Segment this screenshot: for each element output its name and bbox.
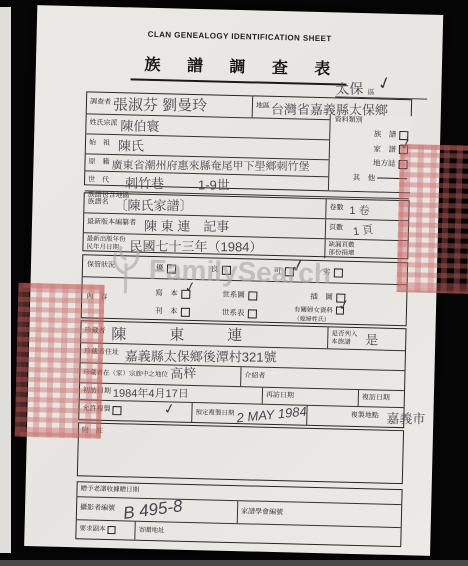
option-label: 良 xyxy=(211,264,219,273)
category-option-other: 其 他 xyxy=(333,171,407,184)
condition-option-excellent: 優 xyxy=(156,262,176,273)
condition-label: 保管狀況 xyxy=(83,262,115,271)
scan-bottom-edge xyxy=(0,560,468,566)
checkmark: ✓ xyxy=(162,400,177,419)
compiler-label: 最新版本編纂者 xyxy=(84,219,136,228)
first-visit-value: 1984年4月17日 xyxy=(113,385,189,402)
checkbox xyxy=(112,406,121,415)
clan-value: 陳伯寰 xyxy=(120,116,159,135)
damage-label-line1: 缺漏頁數 xyxy=(325,241,354,250)
adjacent-page-edge xyxy=(0,7,11,553)
receipt-date-label: 贈予老譜收據贈日期 xyxy=(77,485,139,494)
book-name-value: 〔陳氏家譜〕 xyxy=(114,195,192,215)
option-label: 刊 本 xyxy=(155,306,178,316)
section-owner-info: 珍藏者 陳 東 連 是否列入 本族譜 是 珍藏者住址 嘉義縣太保鄉後潭村321號 xyxy=(78,320,406,428)
option-label: 插 圖 xyxy=(310,292,333,302)
photographer-label: 攝影者編號 xyxy=(77,504,115,513)
option-label: 劣 xyxy=(323,267,331,276)
section-book-info: 族譜名 〔陳氏家譜〕 卷數 1 卷 最新版本編纂者 陳 東 連 記事 頁數 1 … xyxy=(82,192,409,259)
red-seal-stamp-right xyxy=(396,144,468,294)
form-title-chinese: 族 譜 調 查 表 xyxy=(130,51,347,85)
ancestor-label: 始 祖 xyxy=(86,140,110,149)
category-option-clan-genealogy: 族 譜 xyxy=(334,127,408,140)
generations-label: 世 代 xyxy=(85,177,109,186)
section-notes: 附 註 xyxy=(77,422,404,484)
position-value: 高梓 xyxy=(169,362,196,382)
condition-option-poor: 劣 xyxy=(323,266,343,277)
content-option-lineage-chart: 世系圖 xyxy=(222,289,257,301)
clan-label: 姓氏宗派 xyxy=(86,120,117,129)
section-admin: 贈予老譜收據贈日期 攝影者編號 B 495-8 家譜學會編號 要求副本 xyxy=(75,481,402,547)
checkbox xyxy=(248,291,257,300)
checkbox xyxy=(333,268,342,277)
address-value: 嘉義縣太保鄉後潭村321號 xyxy=(125,346,277,366)
checkbox xyxy=(166,264,175,273)
option-label: 地方誌 xyxy=(373,158,396,168)
damage-label-line2: 部份損壞 xyxy=(325,249,354,258)
form-title-english: CLAN GENEALOGY IDENTIFICATION SHEET xyxy=(37,27,443,46)
mailing-address-label: 寄贈地址 xyxy=(135,527,164,536)
included-label-line2: 本族譜 xyxy=(328,338,357,347)
owner-value: 陳 東 連 xyxy=(111,323,256,345)
section-basic-info: 調查者 張淑芬 劉曼玲 地區 台灣省嘉義縣太保鄉 姓氏宗派 陳伯寰 始 祖 陳氏 xyxy=(84,91,412,193)
copy-date-value: 2 MAY 1984 xyxy=(236,404,307,426)
copy-date-label: 預定複製日期 xyxy=(192,409,234,418)
volumes-label: 卷數 xyxy=(326,205,343,213)
category-option-local-gazetteer: 地方誌 xyxy=(333,156,407,169)
pubdate-value: 民國七十三年（1984） xyxy=(129,236,262,256)
book-name-label: 族譜名 xyxy=(84,199,108,208)
checkmark: ✓ xyxy=(183,278,198,297)
option-label: 世系圖 xyxy=(222,290,245,300)
option-label: 世系表 xyxy=(222,308,245,318)
society-number-label: 家譜學會編號 xyxy=(238,508,283,517)
compiler-value: 陳 東 連 記事 xyxy=(144,216,229,236)
category-option-family-genealogy: 家 譜 ✓ xyxy=(334,142,408,155)
area-label: 地區 xyxy=(253,103,270,111)
checkmark: ✓ xyxy=(290,255,308,277)
copy-request-label: 要求副本 xyxy=(76,525,105,534)
photographer-value: B 495-8 xyxy=(122,496,184,524)
district-note-suffix: 區 xyxy=(368,89,375,96)
origin-value: 廣東省潮州府惠來縣奄尾甲下壆鄉刺竹堡 xyxy=(111,157,309,174)
generations-range: 1-9世 xyxy=(198,174,230,193)
surveyor-label: 調查者 xyxy=(87,99,111,108)
copy-place-label: 複製地點 xyxy=(348,412,379,421)
third-visit-label: 複訪日期 xyxy=(359,394,390,403)
checkbox xyxy=(247,309,256,318)
content-option-printed-edition: 刊 本 xyxy=(155,305,190,317)
generations-value: 刺竹巷 xyxy=(125,173,164,192)
checkmark: ✓ xyxy=(337,296,352,315)
district-note-text: 太保 xyxy=(335,78,364,99)
option-label: 其 他 xyxy=(353,172,376,182)
section-condition-content: 保管狀況 優 良 可 ✓ 劣 內 容 xyxy=(81,254,408,326)
option-label: 族 譜 xyxy=(374,129,397,139)
content-option-manuscript: 寫 本 ✓ xyxy=(155,287,190,299)
checkbox xyxy=(221,265,230,274)
included-label-line1: 是否列入 xyxy=(328,330,357,339)
ancestor-value: 陳氏 xyxy=(118,135,144,154)
pages-label: 頁數 xyxy=(326,225,343,233)
content-option-women-records: 有關婦女資料 ✓ （媳婦姓氏） xyxy=(294,304,344,323)
condition-option-fair: 可 ✓ xyxy=(274,265,294,276)
copy-place-value: 嘉義市 xyxy=(387,408,426,427)
pubdate-label-line2: 民年月日期 xyxy=(83,243,125,252)
area-value: 台灣省嘉義縣太保鄉 xyxy=(271,99,388,119)
option-label: 寫 本 xyxy=(155,288,178,298)
option-label: 家 譜 xyxy=(373,144,396,154)
checkbox xyxy=(107,526,115,534)
volumes-value: 1 卷 xyxy=(349,201,369,217)
checkbox xyxy=(180,307,189,316)
content-option-lineage-table: 世系表 xyxy=(222,307,257,319)
red-seal-stamp-left xyxy=(15,283,105,439)
form-page: CLAN GENEALOGY IDENTIFICATION SHEET 族 譜 … xyxy=(24,5,443,556)
surveyor-value: 張淑芬 劉曼玲 xyxy=(113,94,207,116)
included-value: 是 xyxy=(365,329,378,348)
origin-label: 原 籍 xyxy=(85,158,109,167)
handwritten-district-note: 太保 區 ✓ xyxy=(335,78,445,101)
introducer-label: 介紹者 xyxy=(241,373,265,382)
condition-option-good: 良 xyxy=(211,263,231,274)
option-label: 優 xyxy=(156,263,164,272)
option-label: 可 xyxy=(274,266,282,275)
second-visit-label: 再訪日期 xyxy=(263,392,294,401)
women-records-note: （媳婦姓氏） xyxy=(294,314,344,324)
pages-value: 1 頁 xyxy=(352,221,374,239)
